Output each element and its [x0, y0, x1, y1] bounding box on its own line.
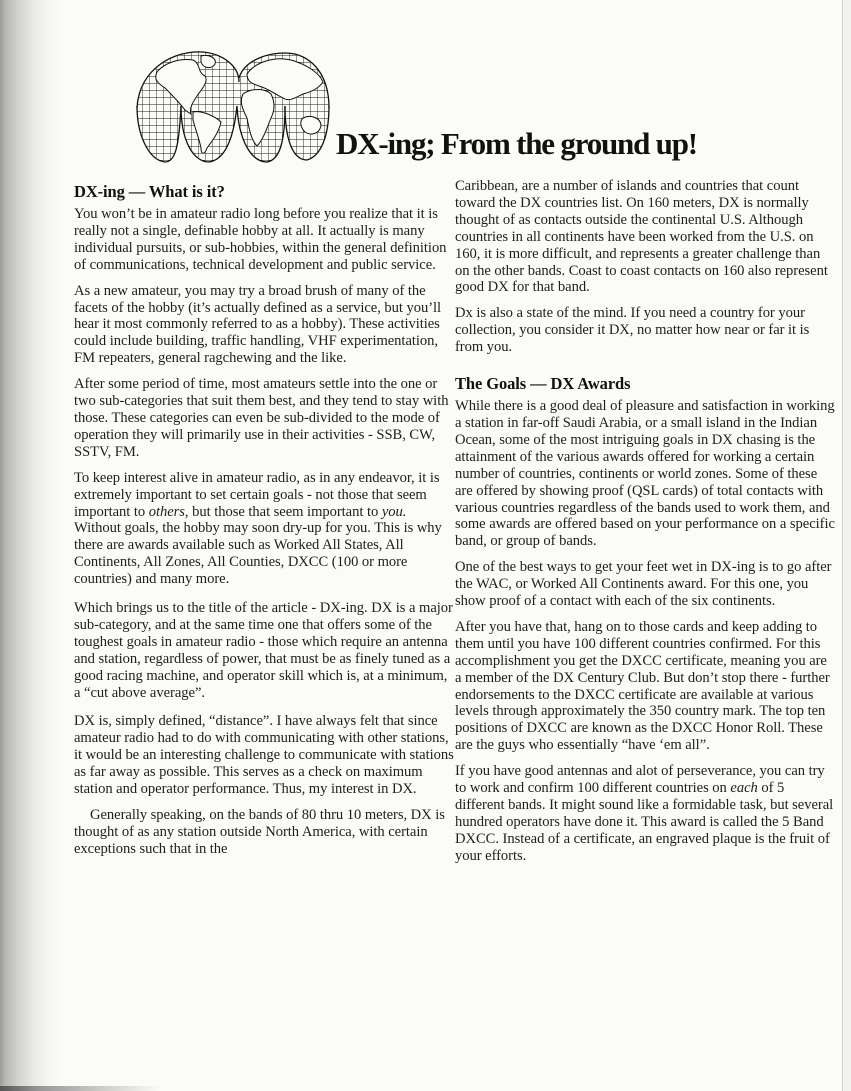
paragraph: To keep interest alive in amateur radio,… [74, 470, 454, 588]
paragraph: After some period of time, most amateurs… [74, 376, 454, 461]
article-title: DX-ing; From the ground up! [336, 126, 697, 162]
binding-shadow [0, 0, 60, 1091]
paragraph: Generally speaking, on the bands of 80 t… [74, 807, 454, 858]
paragraph: Which brings us to the title of the arti… [74, 600, 454, 701]
emphasis-others: others, [149, 504, 189, 520]
paragraph: While there is a good deal of pleasure a… [455, 398, 835, 550]
paragraph: DX is, simply defined, “distance”. I hav… [74, 713, 454, 798]
section-heading-what-is-it: DX-ing — What is it? [74, 182, 454, 202]
paragraph: Caribbean, are a number of islands and c… [455, 178, 835, 296]
emphasis-each: each [730, 780, 757, 796]
page-bottom-edge [0, 1086, 160, 1091]
paragraph: You won’t be in amateur radio long befor… [74, 206, 454, 274]
emphasis-you: you. [382, 504, 407, 520]
text-run: but those that seem important to [189, 504, 382, 520]
paragraph: One of the best ways to get your feet we… [455, 559, 835, 610]
left-column: DX-ing — What is it? You won’t be in ama… [74, 182, 454, 867]
paragraph: After you have that, hang on to those ca… [455, 619, 835, 754]
right-column: Caribbean, are a number of islands and c… [455, 178, 835, 874]
page-edge [842, 0, 851, 1091]
paragraph: As a new amateur, you may try a broad br… [74, 283, 454, 368]
paragraph: Dx is also a state of the mind. If you n… [455, 305, 835, 356]
text-run: Without goals, the hobby may soon dry-up… [74, 520, 442, 587]
paragraph: If you have good antennas and alot of pe… [455, 763, 835, 864]
world-map-globe-icon [135, 48, 331, 164]
section-heading-dx-awards: The Goals — DX Awards [455, 374, 835, 394]
